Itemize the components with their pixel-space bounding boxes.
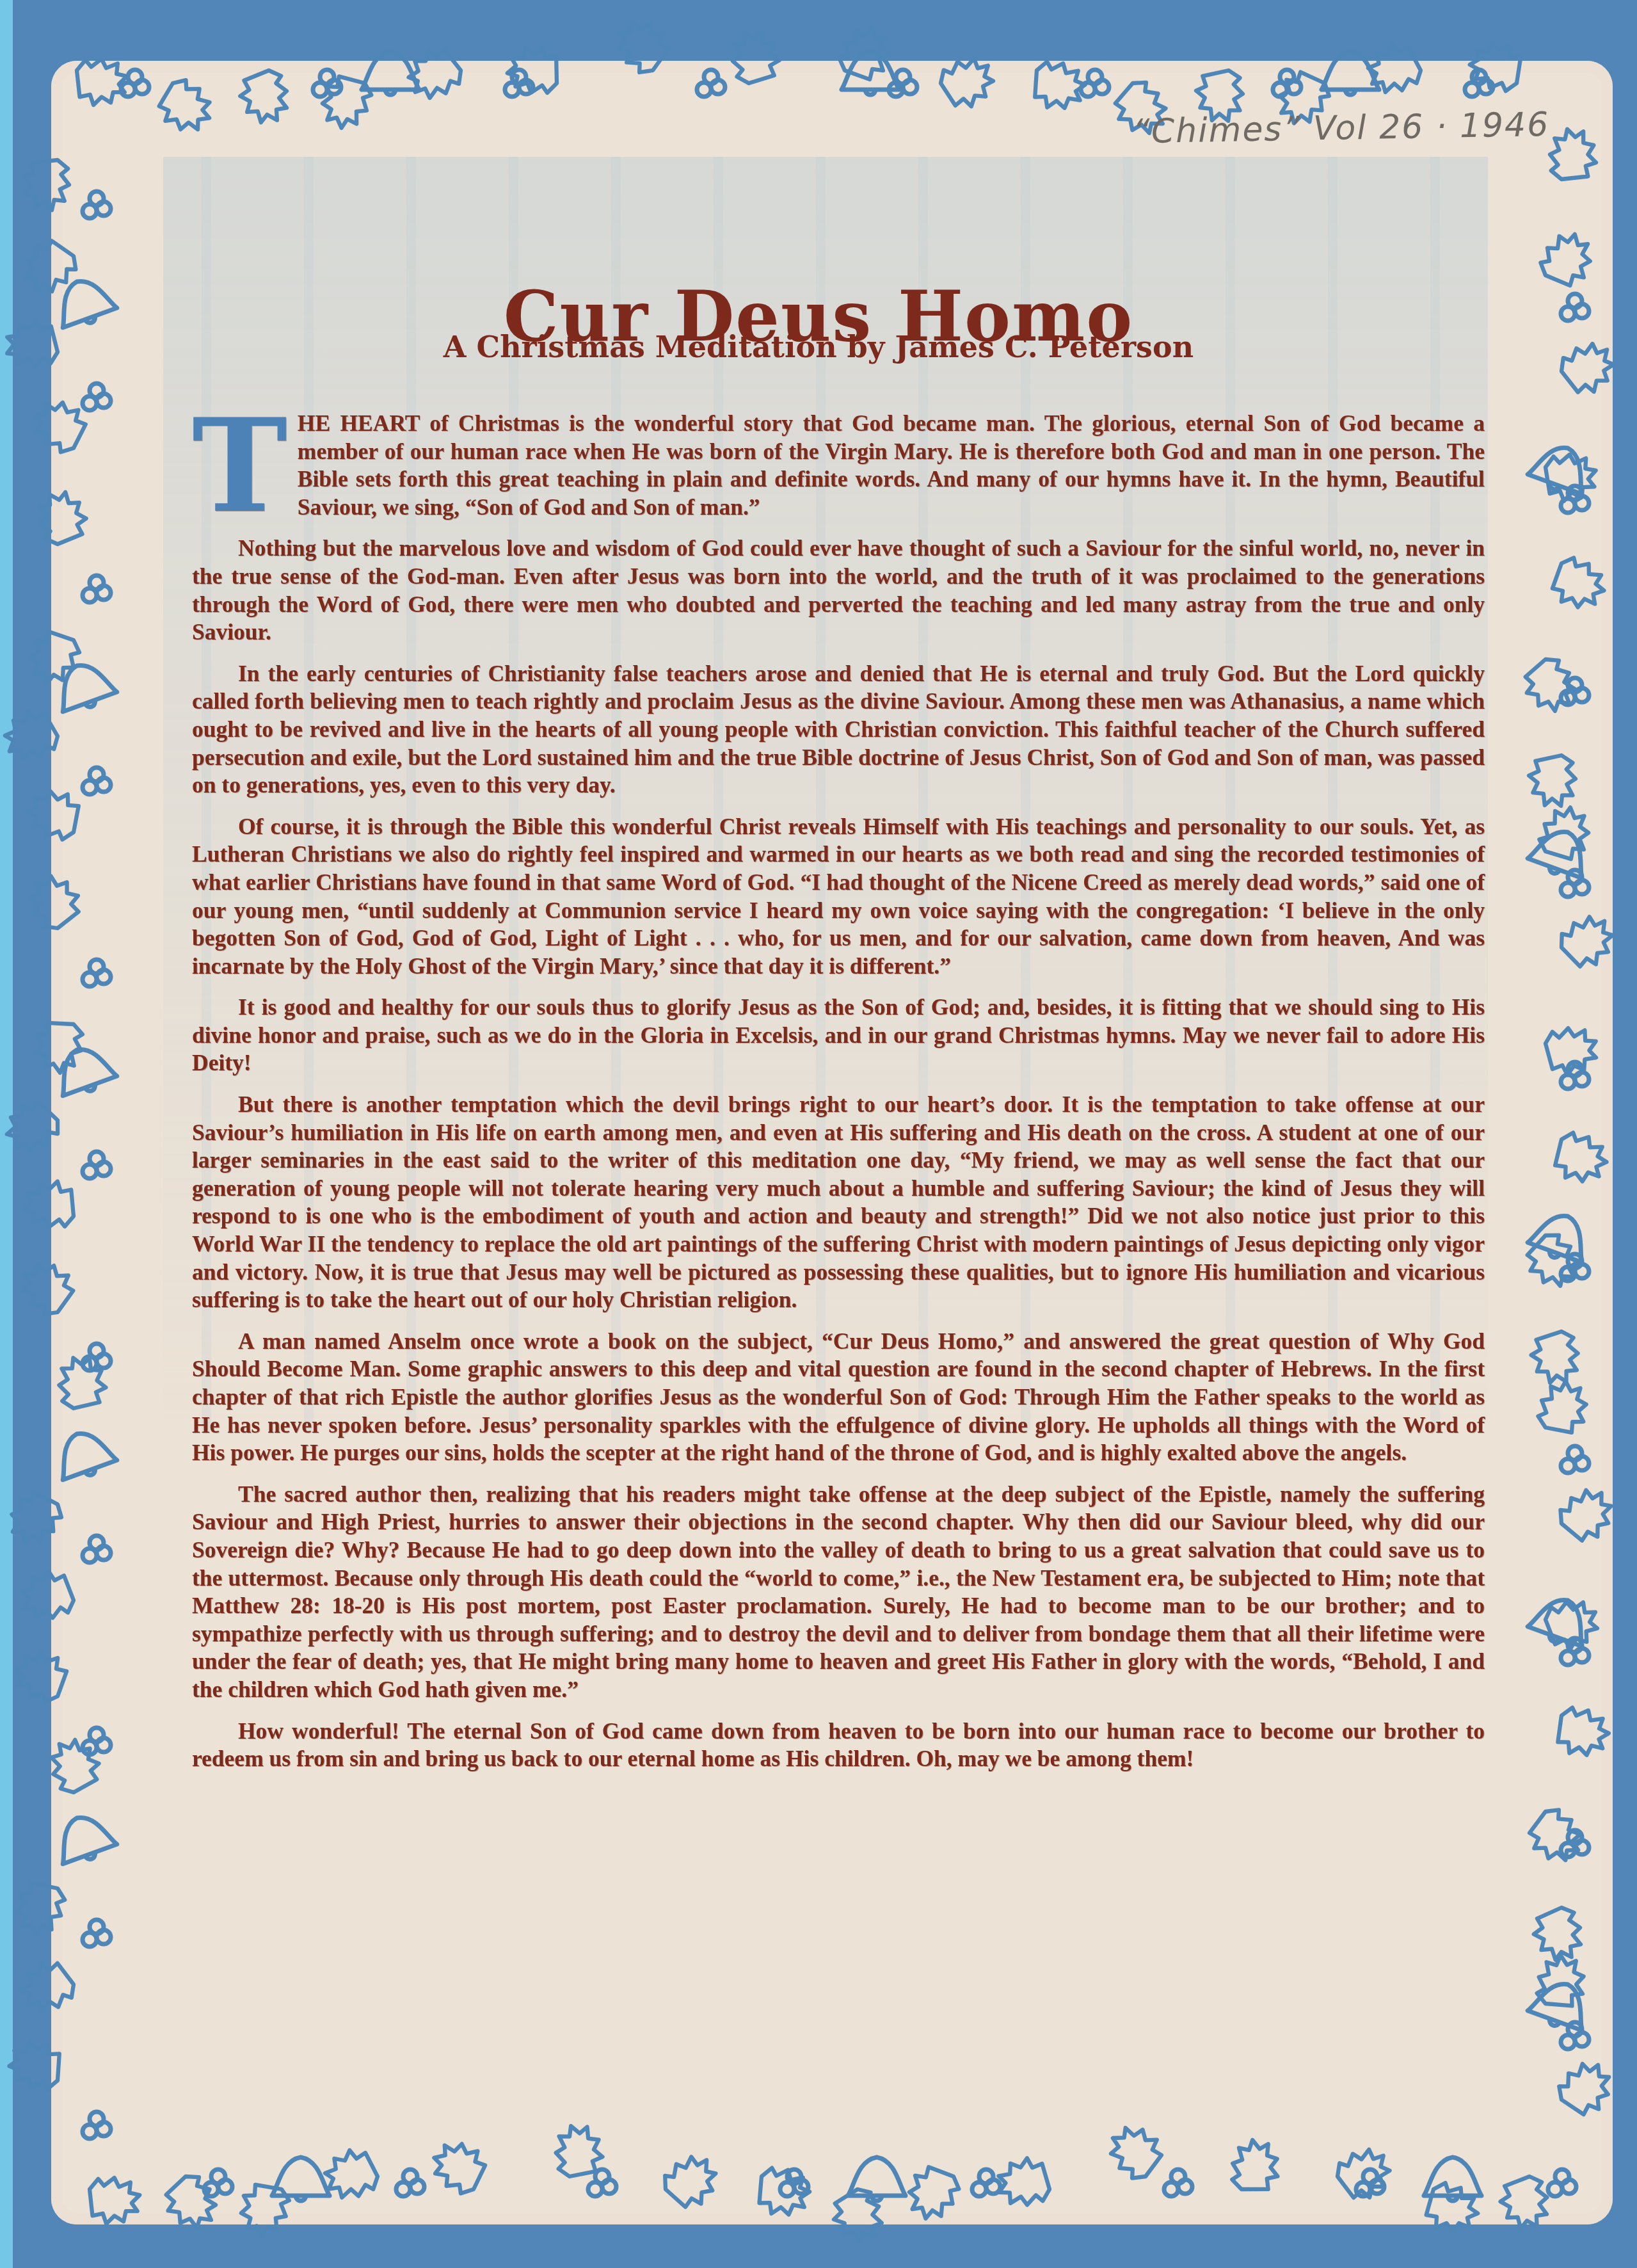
paragraph: It is good and healthy for our souls thu… xyxy=(192,993,1485,1077)
paragraph: How wonderful! The eternal Son of God ca… xyxy=(192,1717,1485,1773)
paragraph: A man named Anselm once wrote a book on … xyxy=(192,1328,1485,1467)
paragraph: THE HEART of Christmas is the wonderful … xyxy=(192,410,1485,521)
paragraph: But there is another temptation which th… xyxy=(192,1091,1485,1314)
article-body: THE HEART of Christmas is the wonderful … xyxy=(192,410,1485,1787)
paragraph: The sacred author then, realizing that h… xyxy=(192,1481,1485,1704)
handwritten-annotation: “Chimes” Vol 26 · 1946 xyxy=(1133,105,1594,152)
byline: A Christmas Meditation by James C. Peter… xyxy=(0,330,1637,364)
paragraph: In the early centuries of Christianity f… xyxy=(192,660,1485,800)
paragraph: Of course, it is through the Bible this … xyxy=(192,813,1485,981)
drop-cap: T xyxy=(192,412,287,521)
paragraph: Nothing but the marvelous love and wisdo… xyxy=(192,535,1485,646)
